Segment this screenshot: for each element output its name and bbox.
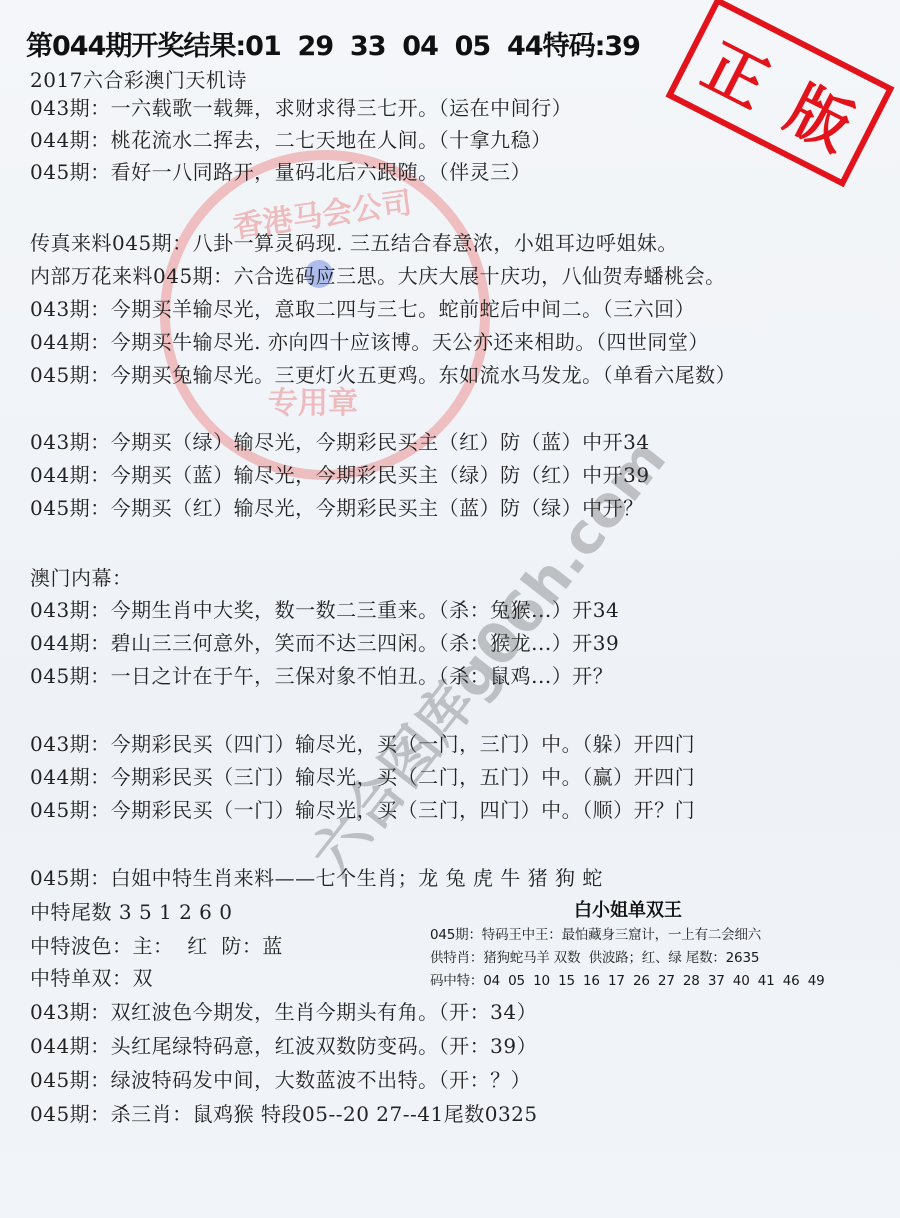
poem-line: 045期：看好一八同路开，量码北后六跟随。（伴灵三） bbox=[30, 160, 531, 184]
odd-even: 中特单双：双 bbox=[30, 966, 153, 990]
inside-title: 澳门内幕： bbox=[30, 566, 133, 590]
final-line: 043期：双红波色今期发，生肖今期头有角。（开：34） bbox=[30, 1000, 537, 1024]
box-line: 045期：特码王中王：最怕藏身三窟计，一上有二会细六 bbox=[430, 926, 761, 944]
fax-line: 045期：今期买兔输尽光。三更灯火五更鸡。东如流水马发龙。（单看六尾数） bbox=[30, 363, 736, 387]
door-line: 043期：今期彩民买（四门）输尽光，买（一门，三门）中。（躲）开四门 bbox=[30, 732, 695, 756]
fax-line: 043期：今期买羊输尽光，意取二四与三七。蛇前蛇后中间二。（三六回） bbox=[30, 297, 695, 321]
color-line: 043期：今期买（绿）输尽光，今期彩民买主（红）防（蓝）中开34 bbox=[30, 430, 650, 454]
final-line: 044期：头红尾绿特码意，红波双数防变码。（开：39） bbox=[30, 1034, 537, 1058]
inside-line: 043期：今期生肖中大奖，数一数二三重来。（杀：兔猴...）开34 bbox=[30, 598, 619, 622]
stamp-char-1: 正 bbox=[690, 17, 786, 124]
tail-numbers: 中特尾数 3 5 1 2 6 0 bbox=[30, 900, 233, 924]
fax-line: 内部万花来料045期：六合选码应三思。大庆大展十庆功，八仙贺寿蟠桃会。 bbox=[30, 264, 726, 288]
poem-title: 2017六合彩澳门天机诗 bbox=[30, 68, 247, 92]
inside-line: 044期：碧山三三何意外，笑而不达三四闲。（杀：猴龙...）开39 bbox=[30, 631, 619, 655]
stamp-char-2: 版 bbox=[774, 60, 870, 167]
final-line: 045期：绿波特码发中间，大数蓝波不出特。（开：？） bbox=[30, 1068, 531, 1092]
genuine-stamp: 正 版 bbox=[665, 0, 894, 187]
zodiac-intro: 045期：白姐中特生肖来料——七个生肖；龙 兔 虎 牛 猪 狗 蛇 bbox=[30, 866, 603, 890]
inside-line: 045期：一日之计在于午，三保对象不怕丑。（杀：鼠鸡...）开？ bbox=[30, 664, 613, 688]
poem-line: 044期：桃花流水二挥去，二七天地在人间。（十拿九稳） bbox=[30, 128, 552, 152]
final-line: 045期：杀三肖：鼠鸡猴 特段05--20 27--41尾数0325 bbox=[30, 1102, 538, 1126]
box-line: 码中特：04 05 10 15 16 17 26 27 28 37 40 41 … bbox=[430, 972, 824, 990]
color-line: 044期：今期买（蓝）输尽光，今期彩民买主（绿）防（红）中开39 bbox=[30, 463, 650, 487]
box-title: 白小姐单双王 bbox=[574, 896, 682, 922]
wave-color: 中特波色：主： 红 防：蓝 bbox=[30, 934, 283, 958]
poem-line: 043期：一六载歌一载舞，求财求得三七开。（运在中间行） bbox=[30, 96, 572, 120]
box-line: 供特肖：猪狗蛇马羊 双数 供波路；红、绿 尾数：2635 bbox=[430, 949, 759, 967]
fax-line: 传真来料045期：八卦一算灵码现. 三五结合春意浓，小姐耳边呼姐妹。 bbox=[30, 231, 678, 255]
fax-line: 044期：今期买牛输尽光. 亦向四十应该博。天公亦还来相助。（四世同堂） bbox=[30, 330, 709, 354]
color-line: 045期：今期买（红）输尽光，今期彩民买主（蓝）防（绿）中开？ bbox=[30, 496, 644, 520]
door-line: 044期：今期彩民买（三门）输尽光，买（二门，五门）中。（赢）开四门 bbox=[30, 765, 695, 789]
lottery-document: 香港马会公司 专用章 第044期开奖结果:01 29 33 04 05 44特码… bbox=[0, 0, 900, 1218]
door-line: 045期：今期彩民买（一门）输尽光，买（三门，四门）中。（顺）开？门 bbox=[30, 798, 695, 822]
draw-result-title: 第044期开奖结果:01 29 33 04 05 44特码:39 bbox=[26, 24, 640, 63]
